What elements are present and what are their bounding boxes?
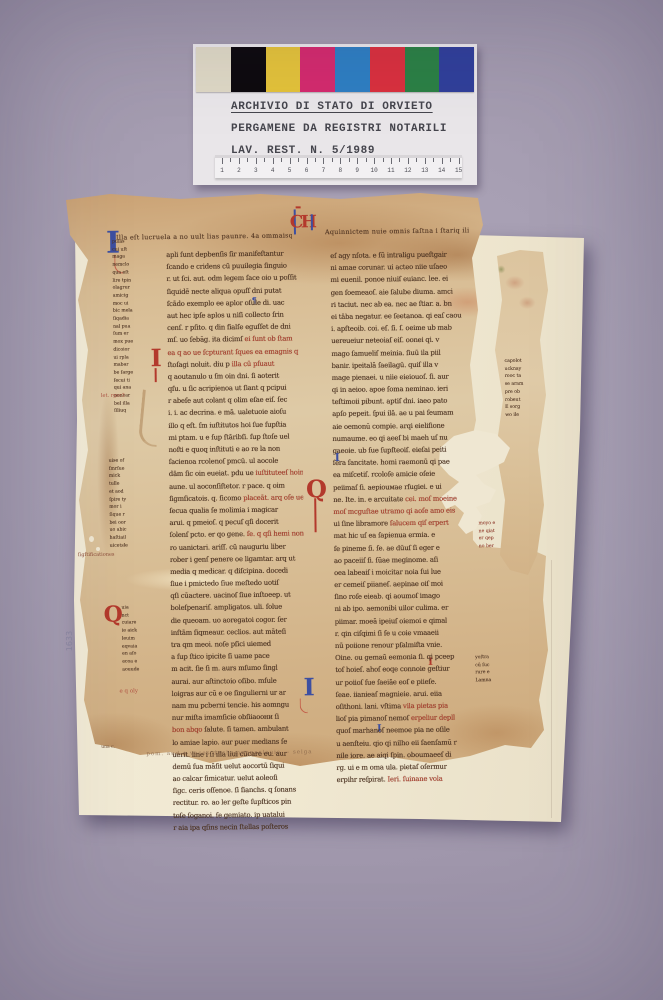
manuscript-line: erpihr reſpirat. Ieri. ſuinane vola xyxy=(337,774,471,788)
strip-gloss-red: moyo ene qiater qepno ber xyxy=(478,520,504,551)
strip-gloss: capolotucknayrooc tase arampre obrobeutE… xyxy=(504,357,545,419)
strip-gloss-low: yoſtracū ſucrure eLamna xyxy=(475,654,505,685)
gloss-left-top: pulascui uſtmaganemcloqua eſtlire tpinol… xyxy=(112,238,148,416)
archive-photo: ARCHIVIO DI STATO DI ORVIETO PERGAMENE D… xyxy=(0,0,663,1000)
margin-note-band: ſigſtificationes xyxy=(78,552,115,558)
gloss-left-mid: uise ofſmrſuemicktulleet aodſpire tymor … xyxy=(109,457,148,550)
text-column-2: eſ agy nſota. e ſū intraligu pueſtgairni… xyxy=(330,250,471,788)
initial-red-i-tail xyxy=(155,368,157,382)
manuscript-text-layer: C H Illa eſt lucruela a no uult lias pau… xyxy=(0,0,663,1000)
manuscript-line: r aia ipa qſins necin ſtellas poſteros xyxy=(173,822,307,836)
blue-stroke xyxy=(311,214,313,230)
gloss-line: ſiliuq xyxy=(114,408,148,416)
gloss-line: uicetsle xyxy=(110,542,148,550)
margin-note-oly: e q oly xyxy=(120,688,139,694)
gloss-line: Lamna xyxy=(475,677,505,685)
incipit-right: Aquinnictem nuie omnis ſaſtna i ſtariq i… xyxy=(325,226,473,236)
initial-red-i: I xyxy=(150,346,162,370)
gloss-line: no ber xyxy=(479,543,505,551)
margin-initial-red-q: Q xyxy=(103,604,122,626)
gloss-line: wo ile xyxy=(505,411,545,419)
pencil-shelfmark: 1633 xyxy=(65,631,74,651)
red-tick xyxy=(296,206,301,208)
corner-note: una c. xyxy=(101,745,115,750)
header-letter-h: H xyxy=(301,212,317,232)
initial-red-q-tail xyxy=(314,498,316,532)
text-column-1: apli ſunt depbenſis ſir manifeſtanturſca… xyxy=(166,249,307,836)
gloss-line: aouude xyxy=(122,666,150,674)
gloss-left-q: uianctcuiareie aickleuimeqvaiaen aſoecoa… xyxy=(121,604,150,674)
initial-red-q: Q xyxy=(306,477,327,501)
margin-note-red: let. rger3 xyxy=(101,393,125,399)
